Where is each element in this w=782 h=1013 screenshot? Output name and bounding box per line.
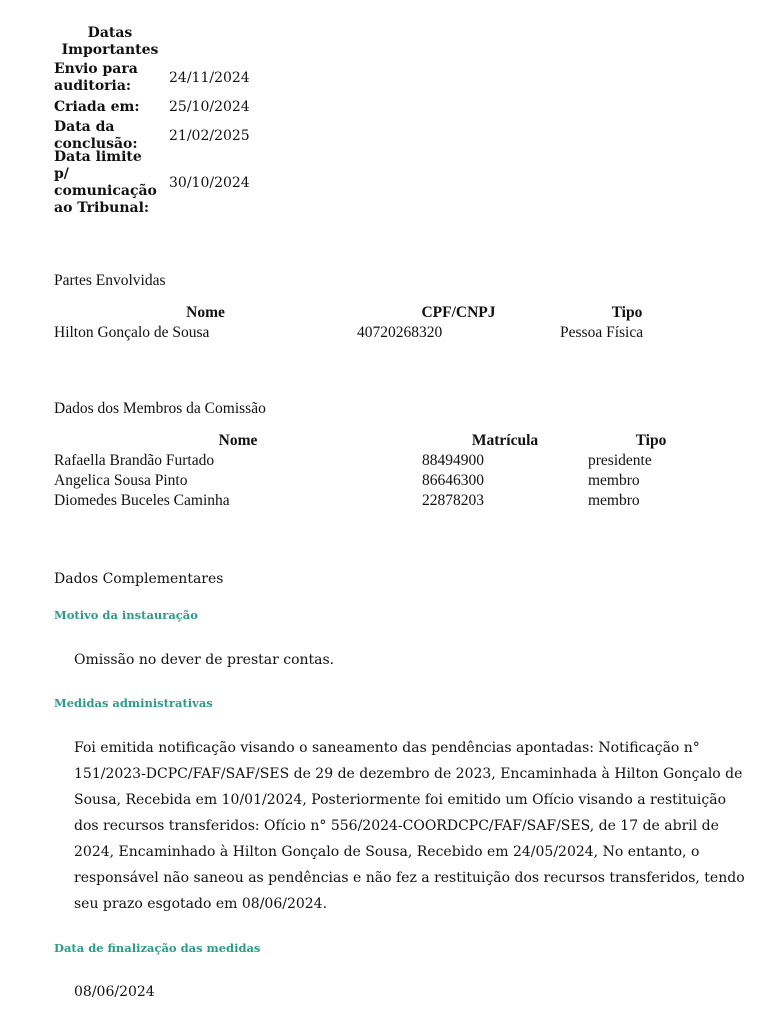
column-header: Nome [54, 431, 422, 451]
cell-matricula: 88494900 [422, 451, 588, 471]
date-row-limite: Data limite p/ comunicação ao Tribunal: … [54, 155, 254, 211]
cell-matricula: 22878203 [422, 491, 588, 511]
cell-tipo: presidente [588, 451, 714, 471]
important-dates-table: Datas Importantes Envio para auditoria: … [54, 25, 254, 211]
date-label: Data limite p/ comunicação ao Tribunal: [54, 149, 154, 217]
date-row-criada: Criada em: 25/10/2024 [54, 97, 254, 117]
cell-nome: Diomedes Buceles Caminha [54, 491, 422, 511]
medidas-line: seu prazo esgotado em 08/06/2024. [74, 891, 754, 917]
date-value: 24/11/2024 [169, 70, 250, 87]
partes-table: Nome CPF/CNPJ Tipo Hilton Gonçalo de Sou… [54, 303, 694, 343]
table-row: Angelica Sousa Pinto 86646300 membro [54, 471, 714, 491]
column-header: Nome [54, 303, 357, 323]
medidas-line: 151/2023-DCPC/FAF/SAF/SES de 29 de dezem… [74, 761, 754, 787]
date-row-envio: Envio para auditoria: 24/11/2024 [54, 59, 254, 97]
column-header: CPF/CNPJ [357, 303, 560, 323]
cell-nome: Angelica Sousa Pinto [54, 471, 422, 491]
table-header: Nome CPF/CNPJ Tipo [54, 303, 694, 323]
date-label: Envio para auditoria: [54, 61, 154, 95]
partes-title: Partes Envolvidas [54, 272, 166, 290]
cell-tipo: membro [588, 491, 714, 511]
date-value: 30/10/2024 [169, 175, 250, 192]
finalizacao-value: 08/06/2024 [74, 979, 155, 1005]
motivo-text: Omissão no dever de prestar contas. [74, 647, 334, 673]
medidas-line: responsável não saneou as pendências e n… [74, 865, 754, 891]
date-label: Data da conclusão: [54, 119, 154, 153]
column-header: Tipo [588, 431, 714, 451]
motivo-label: Motivo da instauração [54, 608, 198, 622]
medidas-text: Foi emitida notificação visando o saneam… [74, 735, 754, 917]
membros-title: Dados dos Membros da Comissão [54, 400, 266, 418]
cell-nome: Hilton Gonçalo de Sousa [54, 323, 357, 343]
date-label: Criada em: [54, 99, 154, 116]
medidas-line: Foi emitida notificação visando o saneam… [74, 735, 754, 761]
medidas-line: Sousa, Recebida em 10/01/2024, Posterior… [74, 787, 754, 813]
date-value: 25/10/2024 [169, 99, 250, 116]
medidas-line: dos recursos transferidos: Ofício n° 556… [74, 813, 754, 839]
cell-matricula: 86646300 [422, 471, 588, 491]
finalizacao-label: Data de finalização das medidas [54, 941, 260, 955]
medidas-line: 2024, Encaminhado à Hilton Gonçalo de So… [74, 839, 754, 865]
column-header: Matrícula [422, 431, 588, 451]
table-row: Rafaella Brandão Furtado 88494900 presid… [54, 451, 714, 471]
medidas-label: Medidas administrativas [54, 696, 213, 710]
column-header: Tipo [560, 303, 694, 323]
date-value: 21/02/2025 [169, 128, 250, 145]
cell-cpf: 40720268320 [357, 323, 560, 343]
cell-tipo: Pessoa Física [560, 323, 694, 343]
membros-table: Nome Matrícula Tipo Rafaella Brandão Fur… [54, 431, 714, 511]
table-row: Hilton Gonçalo de Sousa 40720268320 Pess… [54, 323, 694, 343]
complementares-title: Dados Complementares [54, 571, 223, 587]
table-header: Nome Matrícula Tipo [54, 431, 714, 451]
cell-tipo: membro [588, 471, 714, 491]
table-row: Diomedes Buceles Caminha 22878203 membro [54, 491, 714, 511]
important-dates-title: Datas Importantes [54, 25, 166, 59]
cell-nome: Rafaella Brandão Furtado [54, 451, 422, 471]
